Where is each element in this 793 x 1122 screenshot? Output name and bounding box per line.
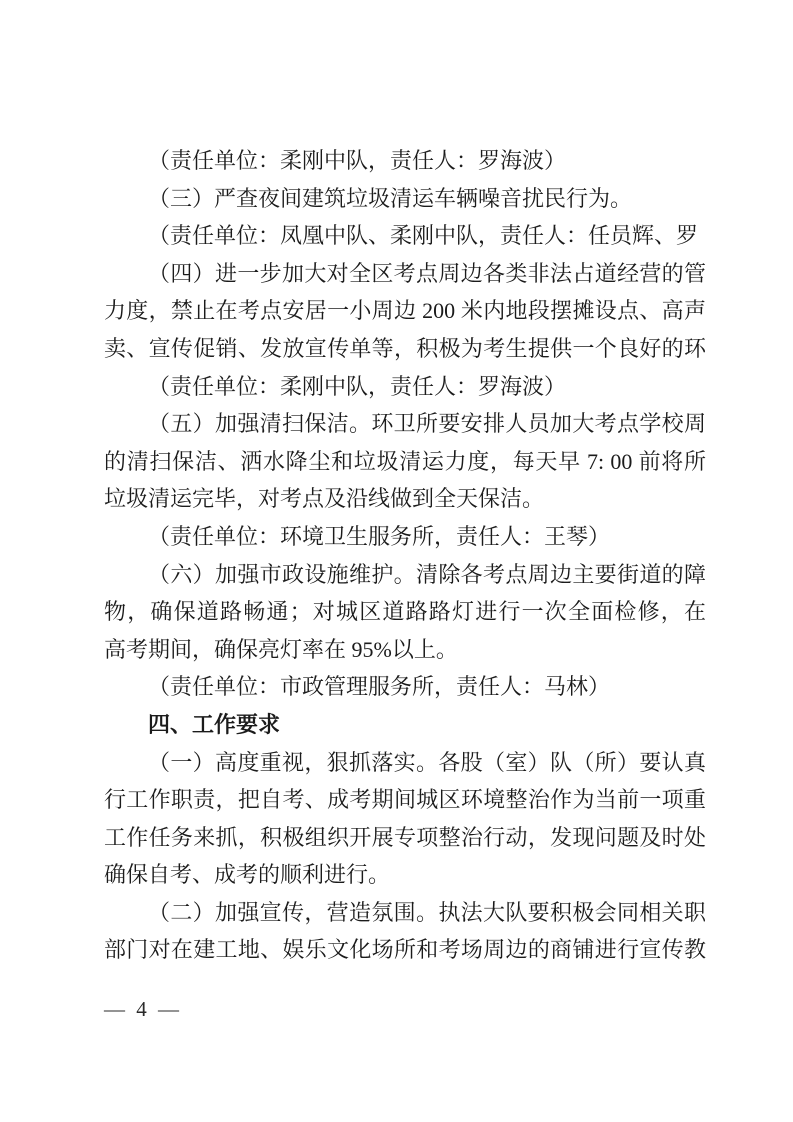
- responsibility-line: （责任单位：环境卫生服务所，责任人：王琴）: [104, 518, 706, 556]
- responsibility-line: （责任单位：柔刚中队，责任人：罗海波）: [104, 368, 706, 406]
- section-heading: 四、工作要求: [104, 706, 706, 744]
- item-line-two: （二）加强宣传，营造氛围。执法大队要积极会同相关职能: [104, 894, 706, 932]
- text-line: 垃圾清运完毕，对考点及沿线做到全天保洁。: [104, 480, 706, 518]
- text-line: 力度，禁止在考点安居一小周边 200 米内地段摆摊设点、高声叫: [104, 292, 706, 330]
- item-line-five: （五）加强清扫保洁。环卫所要安排人员加大考点学校周边: [104, 405, 706, 443]
- item-line-one: （一）高度重视，狠抓落实。各股（室）队（所）要认真履: [104, 744, 706, 782]
- text-line: 物，确保道路畅通；对城区道路路灯进行一次全面检修，在中、: [104, 593, 706, 631]
- text-line: 确保自考、成考的顺利进行。: [104, 856, 706, 894]
- text-line: 部门对在建工地、娱乐文化场所和考场周边的商铺进行宣传教: [104, 931, 706, 969]
- text-line: 高考期间，确保亮灯率在 95%以上。: [104, 631, 706, 669]
- item-line-four: （四）进一步加大对全区考点周边各类非法占道经营的管控: [104, 255, 706, 293]
- document-body: （责任单位：柔刚中队，责任人：罗海波） （三）严查夜间建筑垃圾清运车辆噪音扰民行…: [104, 142, 706, 969]
- text-line: 工作任务来抓，积极组织开展专项整治行动，发现问题及时处置，: [104, 819, 706, 857]
- text-line: 卖、宣传促销、发放宣传单等，积极为考生提供一个良好的环境。: [104, 330, 706, 368]
- page-number: — 4 —: [104, 995, 182, 1023]
- responsibility-line: （责任单位：凤凰中队、柔刚中队，责任人：任员辉、罗海波）: [104, 217, 706, 255]
- responsibility-line: （责任单位：市政管理服务所，责任人：马林）: [104, 668, 706, 706]
- text-line: 的清扫保洁、洒水降尘和垃圾清运力度，每天早 7: 00 前将所有: [104, 443, 706, 481]
- item-line-three: （三）严查夜间建筑垃圾清运车辆噪音扰民行为。: [104, 180, 706, 218]
- document-page: （责任单位：柔刚中队，责任人：罗海波） （三）严查夜间建筑垃圾清运车辆噪音扰民行…: [0, 0, 793, 1122]
- text-line: 行工作职责，把自考、成考期间城区环境整治作为当前一项重要: [104, 781, 706, 819]
- item-line-six: （六）加强市政设施维护。清除各考点周边主要街道的障碍: [104, 556, 706, 594]
- responsibility-line: （责任单位：柔刚中队，责任人：罗海波）: [104, 142, 706, 180]
